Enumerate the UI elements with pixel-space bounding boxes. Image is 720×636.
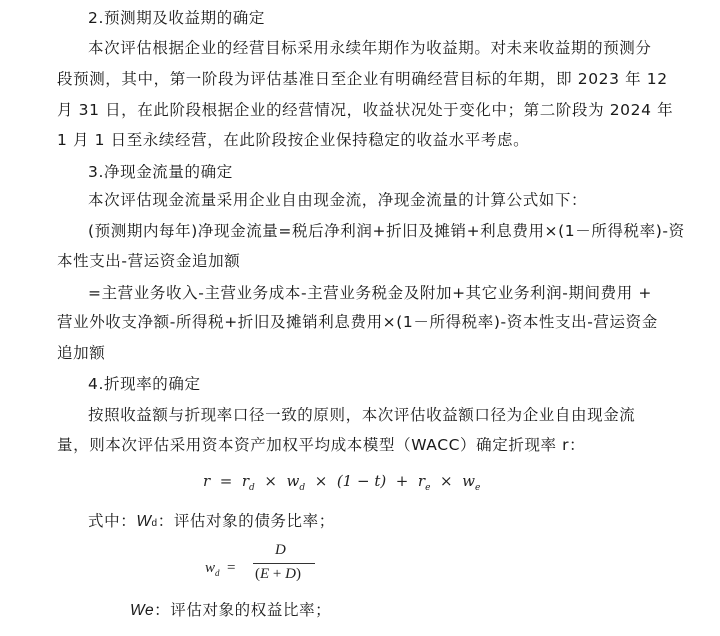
paragraph-line: 按照收益额与折现率口径一致的原则，本次评估收益额口径为企业自由现金流 xyxy=(88,404,633,426)
paragraph-line: 本次评估现金流量采用企业自由现金流，净现金流量的计算公式如下： xyxy=(88,189,587,211)
fraction-bar xyxy=(253,563,315,564)
section-heading-forecast-period: 2.预测期及收益期的确定 xyxy=(88,7,265,29)
wd-variable: W xyxy=(136,513,151,530)
paragraph-line: 月 31 日，在此阶段根据企业的经营情况，收益状况处于变化中；第二阶段为 202… xyxy=(57,99,633,121)
wd-prefix: 式中： xyxy=(88,512,136,530)
fraction-lhs: wd = xyxy=(205,560,235,578)
formula-text-line: =主营业务收入-主营业务成本-主营业务税金及附加+其它业务利润-期间费用 + xyxy=(88,282,626,304)
wd-fraction-formula: wd = D (E + D) xyxy=(205,548,325,592)
formula-text-line: (预测期内每年)净现金流量=税后净利润+折旧及摊销+利息费用×(1－所得税率)-… xyxy=(88,220,633,242)
section-heading-discount-rate: 4.折现率的确定 xyxy=(88,373,201,395)
wd-definition: 式中：Wd：评估对象的债务比率； xyxy=(88,510,335,535)
paragraph-line: 1 月 1 日至永续经营，在此阶段按企业保持稳定的收益水平考虑。 xyxy=(57,129,529,151)
paragraph-line: 本次评估根据企业的经营目标采用永续年期作为收益期。对未来收益期的预测分 xyxy=(88,37,633,59)
paragraph-line: 段预测，其中，第一阶段为评估基准日至企业有明确经营目标的年期，即 2023 年 … xyxy=(57,68,633,90)
we-variable: We xyxy=(130,602,154,619)
fraction-denominator: (E + D) xyxy=(255,566,301,583)
formula-text-line: 追加额 xyxy=(57,342,105,364)
we-description: ：评估对象的权益比率； xyxy=(154,601,331,619)
we-definition: We：评估对象的权益比率； xyxy=(130,599,331,622)
section-heading-net-cash-flow: 3.净现金流量的确定 xyxy=(88,161,233,183)
paragraph-line: 量，则本次评估采用资本资产加权平均成本模型（WACC）确定折现率 r： xyxy=(57,434,585,456)
wacc-formula: r = rd × wd × (1 − t) + re × we xyxy=(203,472,480,493)
formula-text-line: 营业外收支净额-所得税+折旧及摊销利息费用×(1－所得税率)-资本性支出-营运资… xyxy=(57,311,633,333)
fraction-numerator: D xyxy=(275,542,286,559)
document-page: 2.预测期及收益期的确定 本次评估根据企业的经营目标采用永续年期作为收益期。对未… xyxy=(0,0,720,636)
formula-text-line: 本性支出-营运资金追加额 xyxy=(57,250,240,272)
wd-description: ：评估对象的债务比率； xyxy=(158,512,335,530)
